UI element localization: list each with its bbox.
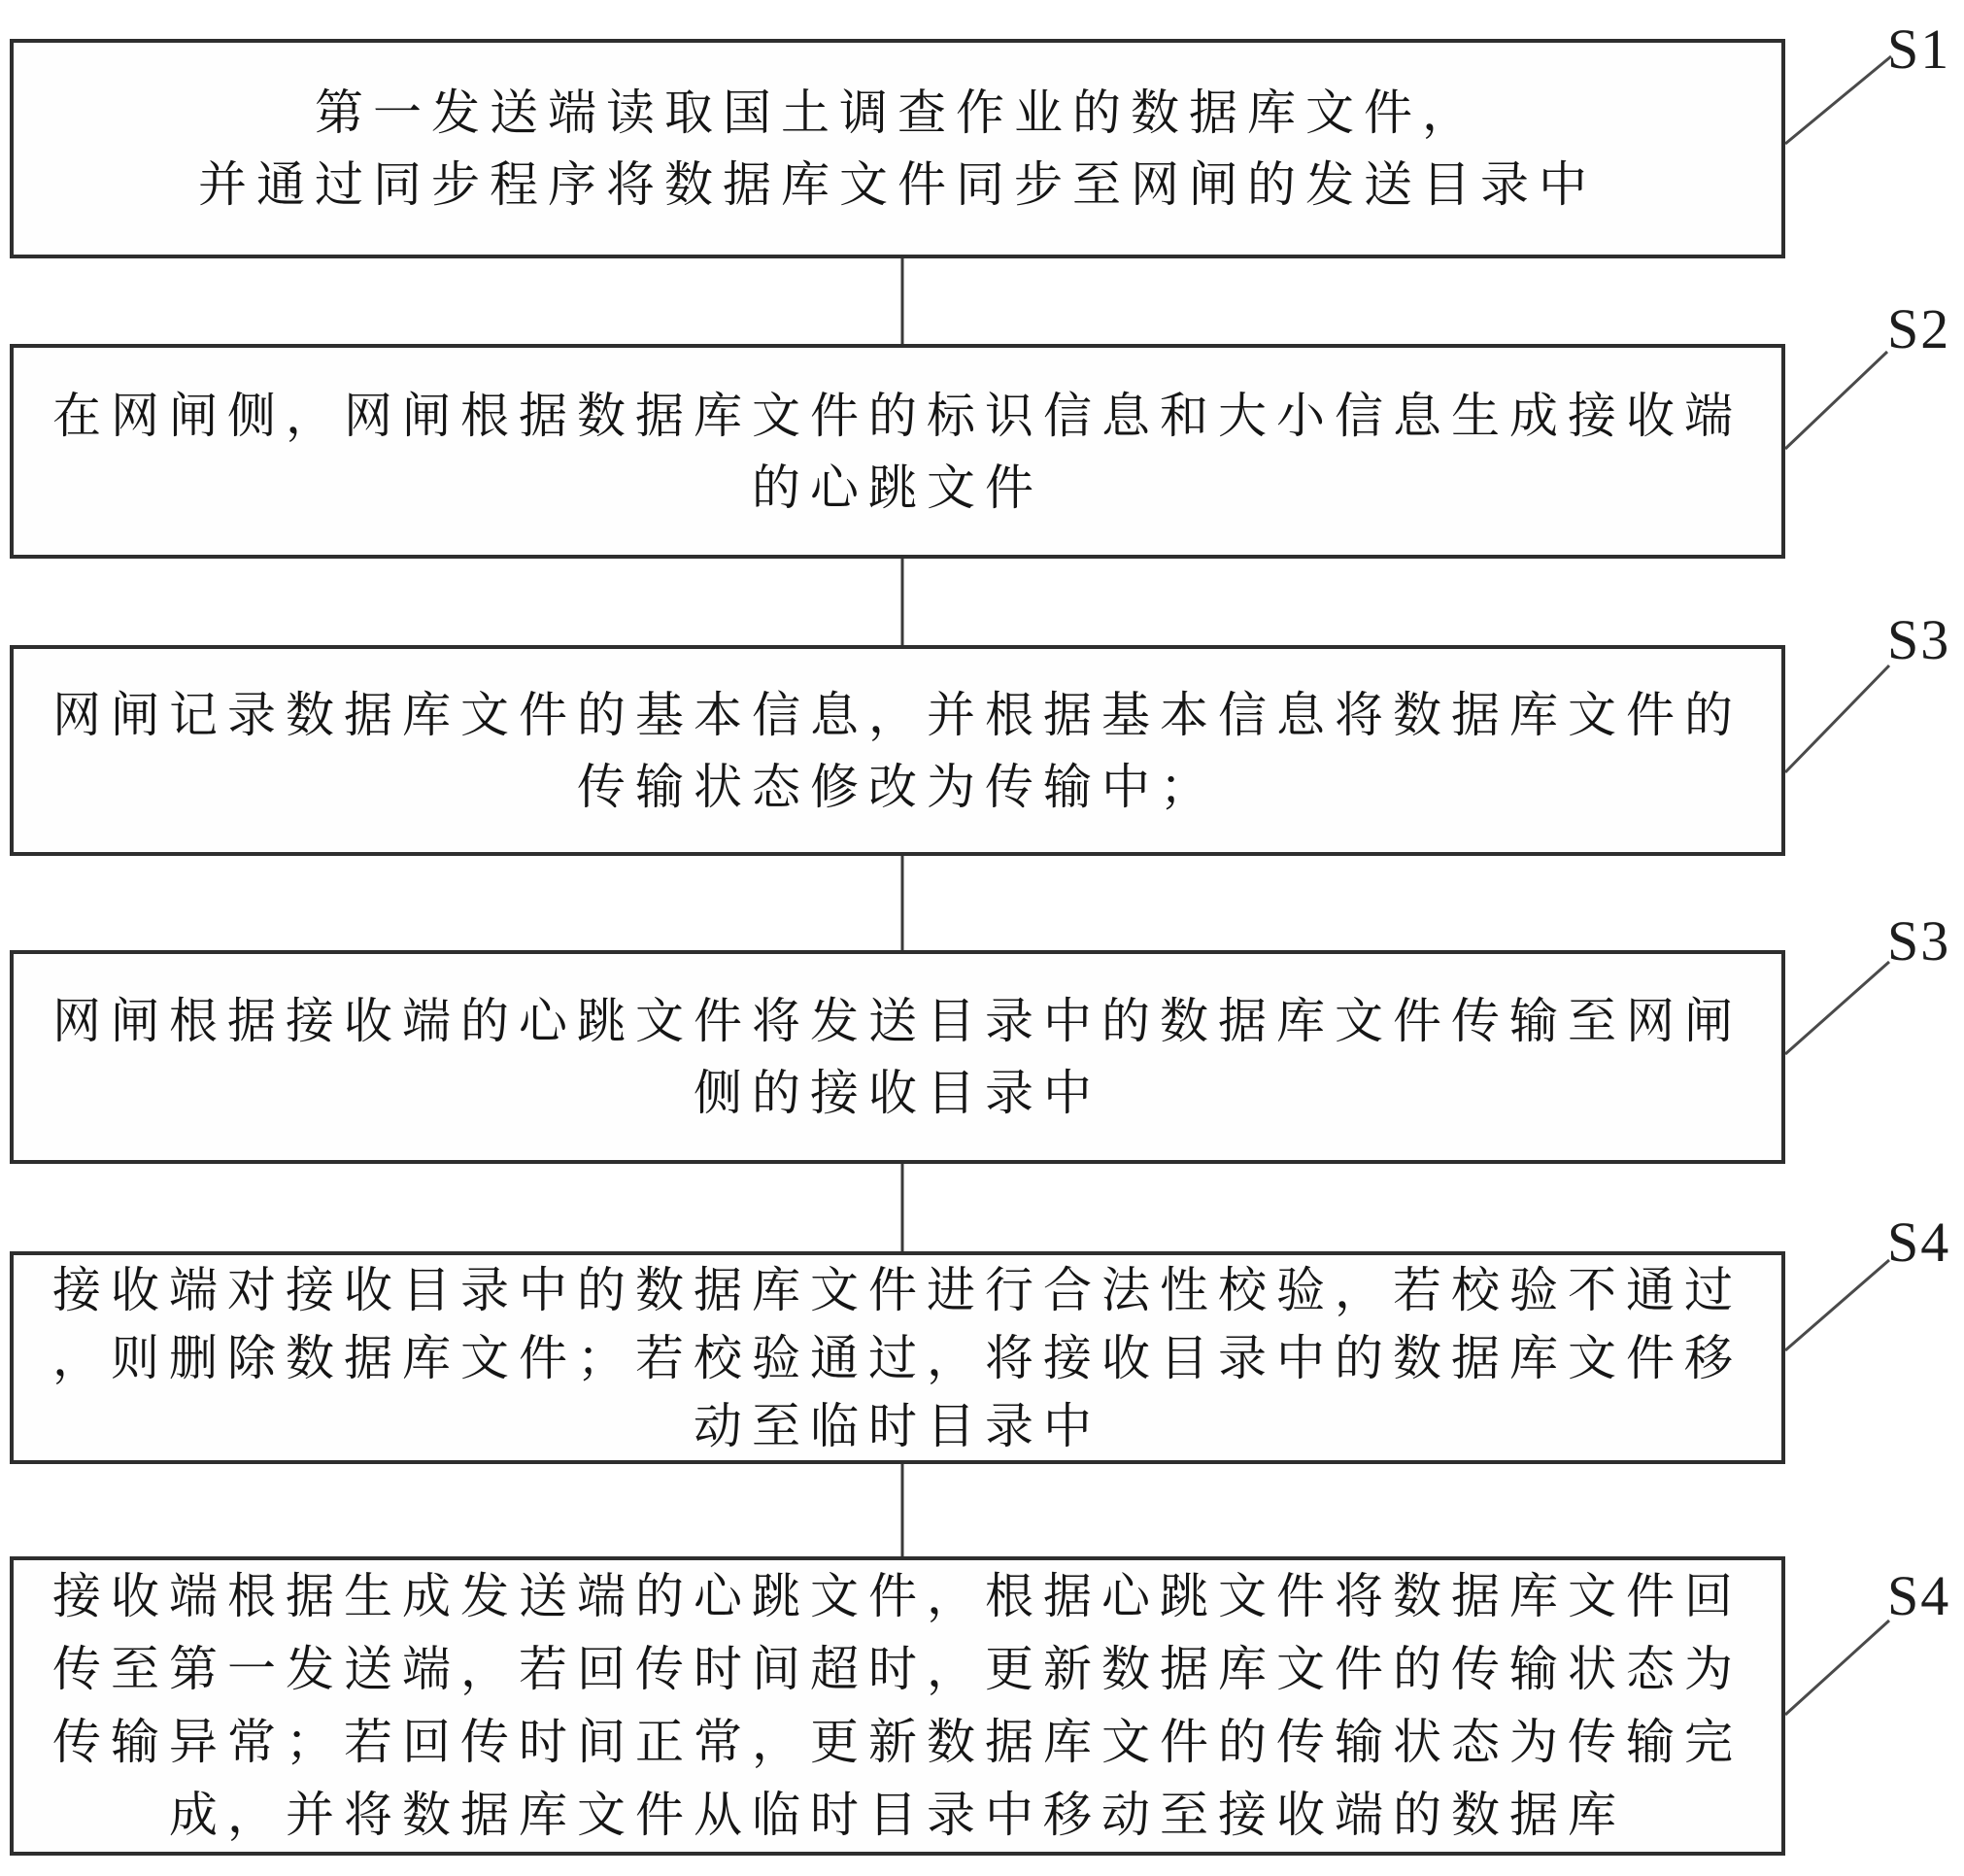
- flow-step-box-6: 接收端根据生成发送端的心跳文件，根据心跳文件将数据库文件回 传至第一发送端，若回…: [10, 1556, 1785, 1856]
- step-text-line: 传输状态修改为传输中；: [577, 751, 1218, 823]
- step-label-s1: S1: [1887, 19, 1964, 80]
- step-text-line: 接收端对接收目录中的数据库文件进行合法性校验，若校验不通过: [52, 1256, 1743, 1324]
- step-label-s3: S3: [1887, 610, 1964, 670]
- step-text-line: 网闸记录数据库文件的基本信息，并根据基本信息将数据库文件的: [52, 679, 1743, 751]
- label-leader-line: [1785, 56, 1891, 144]
- flow-step-box-4: 网闸根据接收端的心跳文件将发送目录中的数据库文件传输至网闸 侧的接收目录中: [10, 950, 1785, 1164]
- flow-step-box-3: 网闸记录数据库文件的基本信息，并根据基本信息将数据库文件的 传输状态修改为传输中…: [10, 645, 1785, 856]
- step-text-line: 并通过同步程序将数据库文件同步至网闸的发送目录中: [198, 149, 1597, 221]
- flow-step-box-2: 在网闸侧，网闸根据数据库文件的标识信息和大小信息生成接收端 的心跳文件: [10, 344, 1785, 559]
- step-text-line: 的心跳文件: [752, 452, 1043, 524]
- step-text-line: 在网闸侧，网闸根据数据库文件的标识信息和大小信息生成接收端: [52, 380, 1743, 452]
- step-text-line: 第一发送端读取国土调查作业的数据库文件，: [315, 77, 1480, 149]
- step-label-s3b: S3: [1887, 911, 1964, 972]
- step-text-line: 动至临时目录中: [694, 1392, 1101, 1460]
- step-text-line: 网闸根据接收端的心跳文件将发送目录中的数据库文件传输至网闸: [52, 985, 1743, 1057]
- label-leader-line: [1785, 1260, 1889, 1350]
- step-text-line: 侧的接收目录中: [694, 1057, 1101, 1129]
- patent-flowchart: 第一发送端读取国土调查作业的数据库文件， 并通过同步程序将数据库文件同步至网闸的…: [0, 0, 1964, 1876]
- label-leader-line: [1785, 665, 1889, 772]
- flow-step-box-1: 第一发送端读取国土调查作业的数据库文件， 并通过同步程序将数据库文件同步至网闸的…: [10, 39, 1785, 258]
- step-label-s4b: S4: [1887, 1566, 1964, 1626]
- step-label-s2: S2: [1887, 299, 1964, 359]
- label-leader-line: [1785, 352, 1887, 449]
- step-text-line: ，则删除数据库文件；若校验通过，将接收目录中的数据库文件移: [52, 1324, 1743, 1392]
- flow-step-box-5: 接收端对接收目录中的数据库文件进行合法性校验，若校验不通过 ，则删除数据库文件；…: [10, 1251, 1785, 1464]
- step-text-line: 成，并将数据库文件从临时目录中移动至接收端的数据库: [169, 1779, 1626, 1852]
- label-leader-line: [1785, 1620, 1889, 1715]
- step-label-s4: S4: [1887, 1212, 1964, 1273]
- step-text-line: 传至第一发送端，若回传时间超时，更新数据库文件的传输状态为: [52, 1633, 1743, 1706]
- step-text-line: 传输异常；若回传时间正常，更新数据库文件的传输状态为传输完: [52, 1706, 1743, 1779]
- label-leader-line: [1785, 962, 1889, 1054]
- step-text-line: 接收端根据生成发送端的心跳文件，根据心跳文件将数据库文件回: [52, 1560, 1743, 1633]
